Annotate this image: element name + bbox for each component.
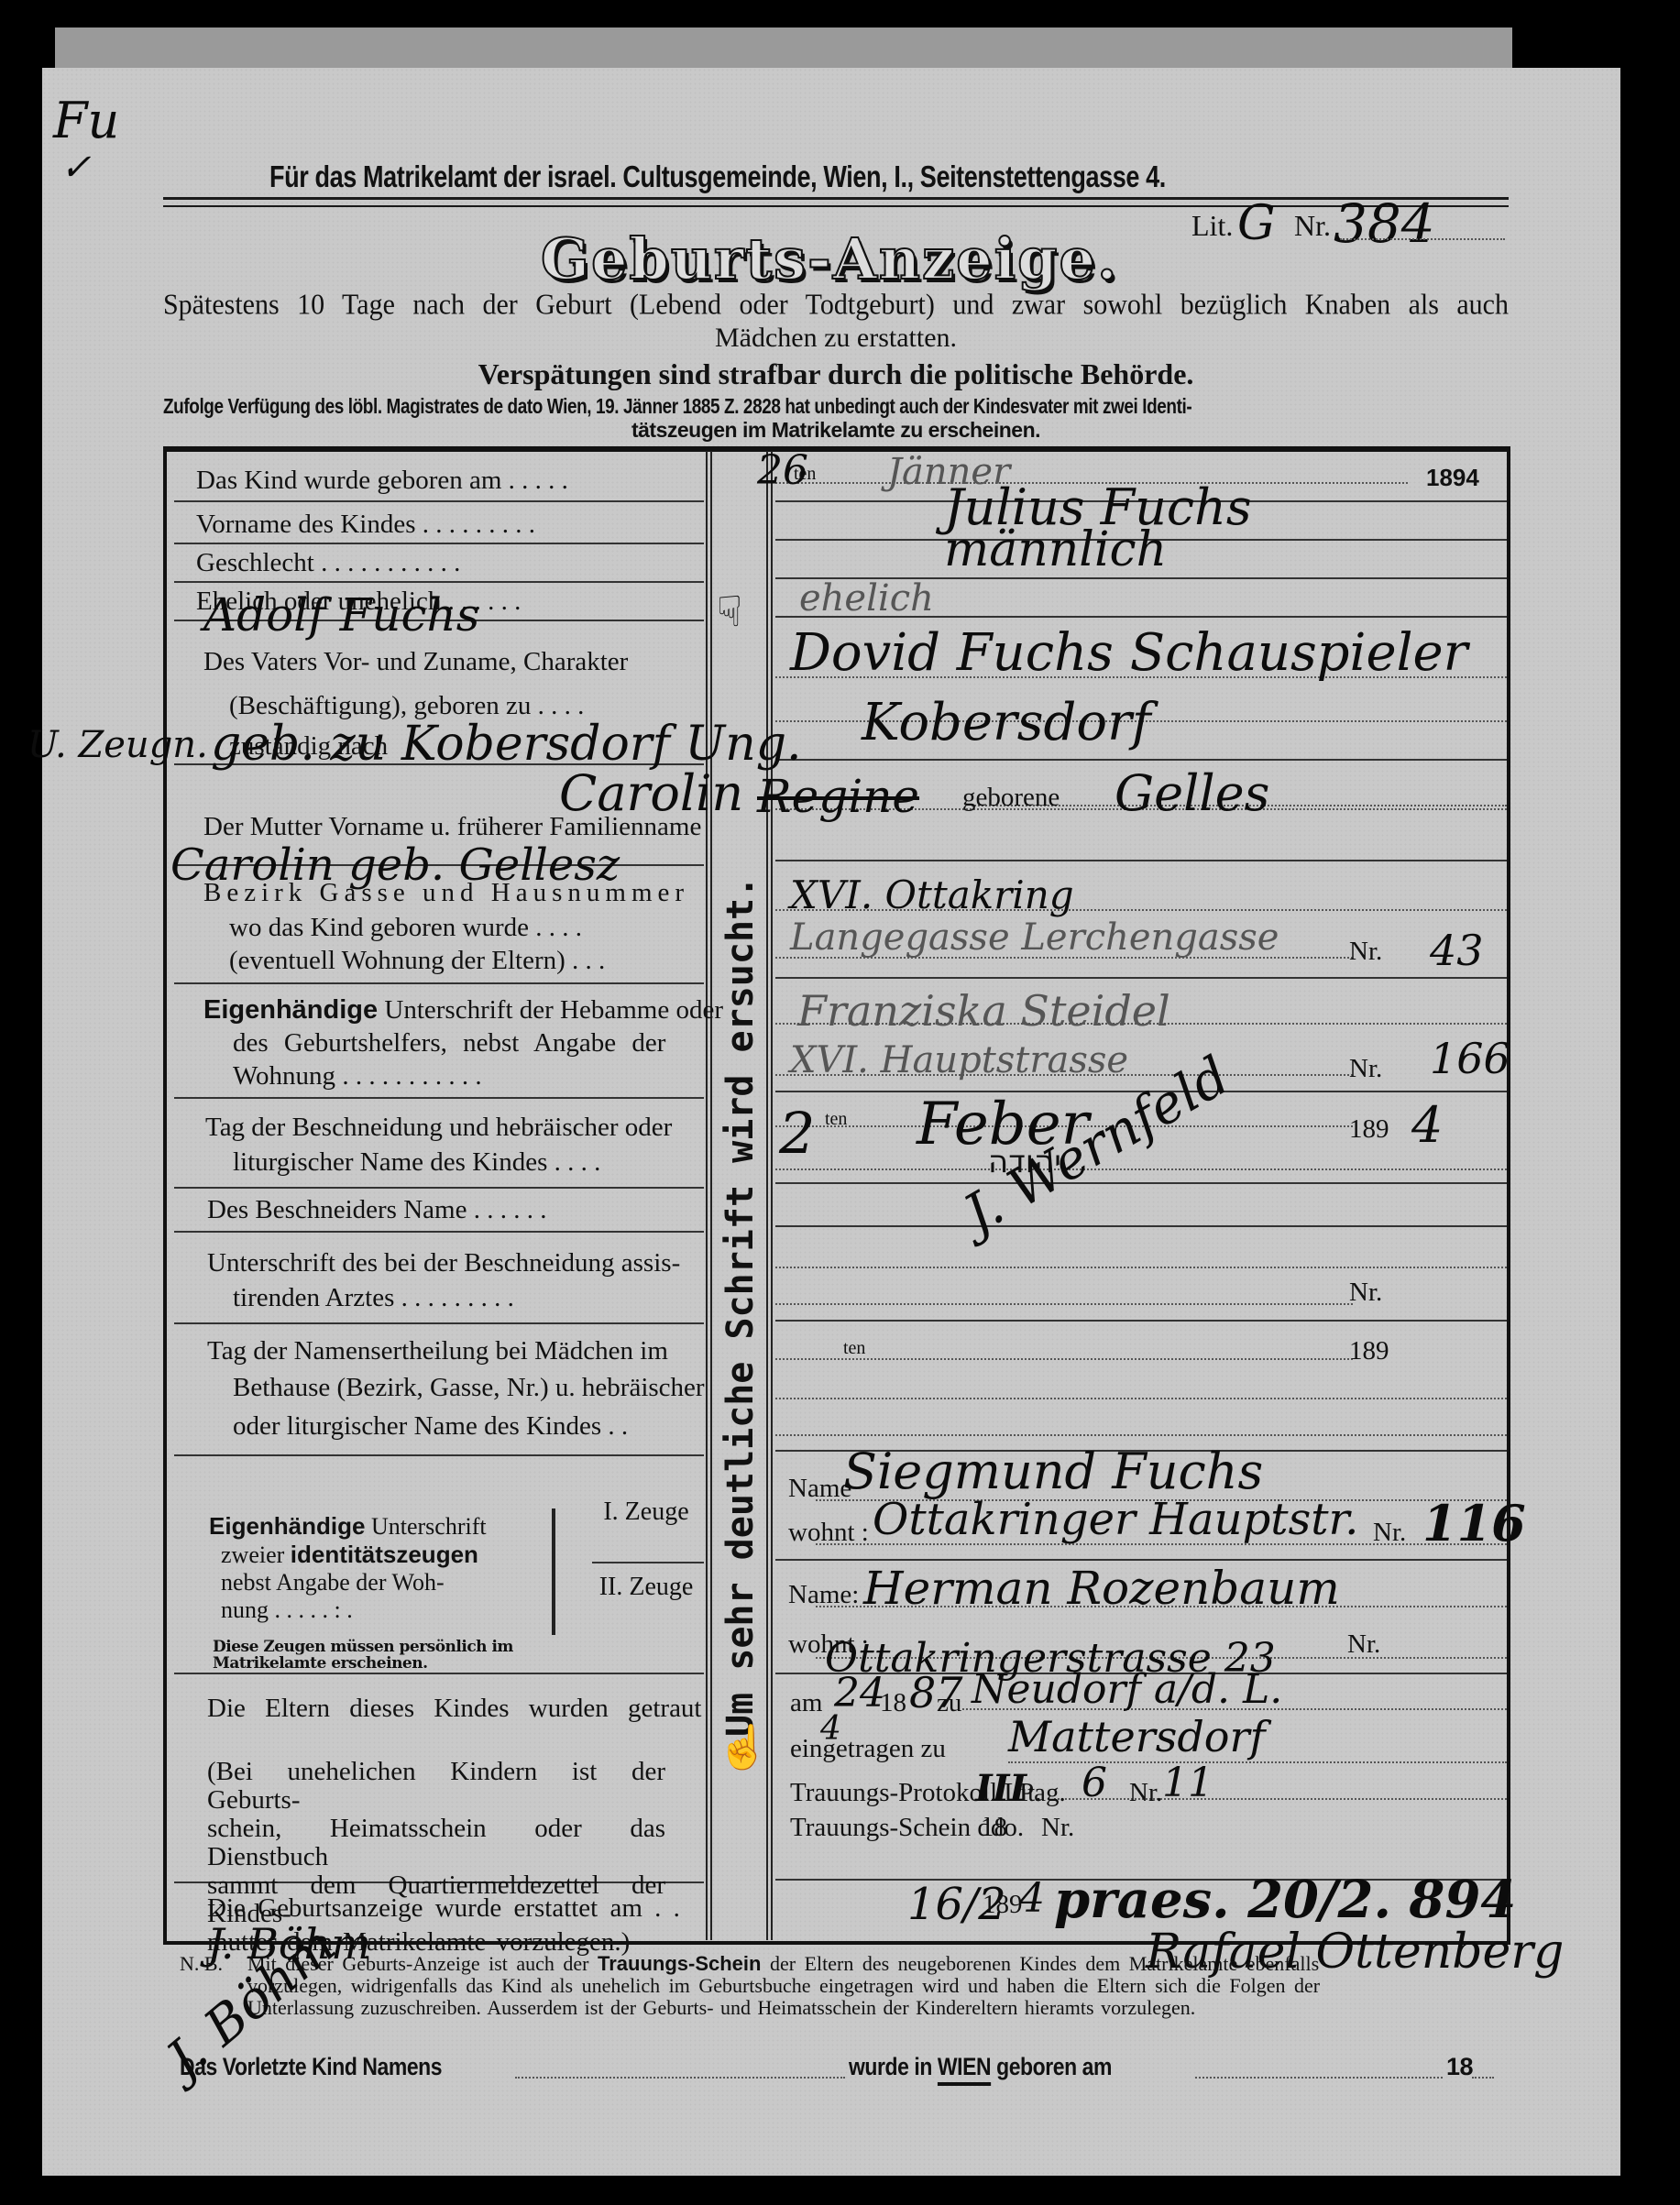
marriage-registered-label: eingetragen zu (790, 1732, 946, 1765)
nb-line3: Unterlassung zuzuschreiben. Ausserdem is… (247, 1996, 1195, 2020)
marriage-day: 24 (834, 1670, 885, 1717)
nb-line2: vorzulegen, widrigenfalls das Kind als u… (247, 1974, 1320, 1998)
midwife-nr-label: Nr. (1349, 1052, 1382, 1085)
paper-top-tab (55, 27, 1512, 70)
marriage-pag-label: Pag. (1019, 1776, 1066, 1809)
page-title: Geburts-Anzeige. (541, 225, 1119, 292)
circumciser-label: Des Beschneiders Name . . . . . . (207, 1193, 546, 1226)
father-origin-value: Kobersdorf (862, 693, 1151, 752)
report-date-year-printed: 189 (983, 1888, 1023, 1921)
witness2-nr-label: Nr. (1347, 1628, 1380, 1661)
column-divider-right-a (766, 451, 768, 1940)
midwife-label-line1: Eigenhändige Unterschrift der Hebamme od… (203, 993, 723, 1026)
midwife-nr-value: 166 (1430, 1034, 1510, 1083)
address-district: XVI. Ottakring (790, 872, 1074, 917)
girl-naming-label-line2: Bethause (Bezirk, Gasse, Nr.) u. hebräis… (233, 1371, 705, 1404)
previous-child-year-printed: 18 (1446, 2053, 1473, 2081)
girl-naming-label-line3: oder liturgischer Name des Kindes . . (233, 1410, 628, 1443)
praes-note: praes. 20/2. 894 (1054, 1870, 1516, 1930)
witness1-wohnt-label: wohnt : (788, 1516, 869, 1549)
witness1-label: I. Zeuge (596, 1497, 697, 1527)
father-name-value: Dovid Fuchs Schauspieler (790, 623, 1467, 683)
witness1-nr: 116 (1422, 1494, 1526, 1552)
address-nr-value: 43 (1430, 926, 1484, 975)
witness2-name: Herman Rozenbaum (863, 1562, 1340, 1615)
nb-label: N. B. (180, 1952, 223, 1976)
marriage-am-label: am (790, 1686, 822, 1719)
midwife-name: Franziska Steidel (797, 986, 1170, 1036)
pointing-hand-icon-bottom: ☝ (717, 1723, 769, 1772)
vertical-notice: Um sehr deutliche Schrift wird ersucht. (719, 876, 762, 1737)
first-name-label: Vorname des Kindes . . . . . . . . . (196, 508, 535, 541)
girl-naming-year-printed: 189 (1349, 1334, 1389, 1367)
mother-first-name-crossed: Regine (757, 770, 919, 823)
born-in-label: wurde in WIEN geboren am (849, 2053, 1112, 2081)
address-label-line2: wo das Kind geboren wurde . . . . (229, 911, 582, 944)
witness1-address: Ottakringer Hauptstr. (873, 1494, 1358, 1545)
decree-line1: Zufolge Verfügung des löbl. Magistrates … (163, 394, 1510, 419)
lit-label: Lit. (1191, 209, 1233, 243)
decree-line2: tätszeugen im Matrikelamte zu erscheinen… (163, 418, 1509, 443)
lit-value: G (1237, 196, 1276, 251)
marriage-label: Die Eltern dieses Kindes wurden getraut (207, 1692, 702, 1725)
circumcision-day-suffix: ten (825, 1109, 847, 1130)
birth-day-suffix: ten (794, 464, 816, 485)
header-rule-bottom (163, 205, 1509, 207)
witness2-name-label: Name: (788, 1578, 859, 1611)
girl-naming-day-suffix: ten (843, 1338, 865, 1359)
witness1-name-label: Name (788, 1472, 851, 1505)
instructions-line2: Mädchen zu erstatten. (163, 323, 1509, 354)
marriage-certificate-nr-label: Nr. (1041, 1811, 1074, 1844)
witness1-nr-label: Nr. (1373, 1516, 1406, 1549)
marriage-certificate-year: 18 (981, 1811, 1007, 1844)
marriage-nr-label: Nr. (1129, 1776, 1162, 1809)
circumcision-year-value: 4 (1411, 1096, 1443, 1154)
column-divider-right-b (771, 451, 773, 1940)
father-margin-left: U. Zeugn. (27, 724, 208, 766)
address-nr-label: Nr. (1349, 935, 1382, 968)
marriage-zu-label: zu (937, 1686, 961, 1719)
marriage-place: Neudorf a/d. L. (972, 1666, 1282, 1713)
sex-value: männlich (944, 522, 1167, 577)
nr-value: 384 (1334, 192, 1435, 255)
witness2-label: II. Zeuge (596, 1573, 697, 1602)
marriage-registered-place: Mattersdorf (1008, 1712, 1265, 1761)
nr-label: Nr. (1294, 209, 1331, 243)
column-divider-left-a (706, 451, 708, 1940)
mother-label: Der Mutter Vorname u. früherer Familienn… (203, 810, 701, 843)
father-birthplace-annotation: geb. zu Kobersdorf Ung. (211, 717, 802, 772)
mother-maiden-name: Gelles (1115, 764, 1269, 822)
marriage-year-printed: 18 (880, 1686, 906, 1719)
father-margin-annotation: Adolf Fuchs (203, 588, 479, 642)
girl-naming-label-line1: Tag der Namensertheilung bei Mädchen im (207, 1334, 668, 1367)
sex-label: Geschlecht . . . . . . . . . . . (196, 546, 460, 579)
instructions-line1: Spätestens 10 Tage nach der Geburt (Lebe… (163, 289, 1509, 322)
office-header: Für das Matrikelamt der israel. Cultusge… (269, 159, 1166, 194)
father-label-line1: Des Vaters Vor- und Zuname, Charakter (203, 645, 628, 678)
assisting-doctor-nr-label: Nr. (1349, 1276, 1382, 1309)
circumcision-day: 2 (779, 1100, 815, 1167)
witness1-name: Siegmund Fuchs (843, 1443, 1263, 1500)
witnesses-note: Diese Zeugen müssen persönlich im Matrik… (213, 1639, 616, 1672)
address-label-line1: Bezirk Gasse und Hausnummer (203, 876, 689, 909)
address-street: Langegasse Lerchengasse (790, 916, 1279, 959)
header-rule-top (163, 197, 1509, 200)
geborene-label: geborene (962, 781, 1060, 814)
column-divider-left-b (710, 451, 712, 1940)
address-label-line3: (eventuell Wohnung der Eltern) . . . (229, 944, 605, 977)
legitimacy-value: ehelich (799, 577, 934, 620)
midwife-label-line3: Wohnung . . . . . . . . . . . (233, 1059, 482, 1092)
witnesses-label: Eigenhändige Unterschrift zweier identit… (209, 1512, 521, 1624)
midwife-address: XVI. Hauptstrasse (790, 1039, 1128, 1081)
nb-line1: Mit dieser Geburts-Anzeige ist auch der … (247, 1952, 1319, 1976)
birth-date-label: Das Kind wurde geboren am . . . . . (196, 464, 568, 497)
marriage-pag-value: 6 (1082, 1760, 1107, 1806)
check-mark-icon: ✓ (60, 147, 92, 189)
assisting-doctor-label-line2: tirenden Arztes . . . . . . . . . (233, 1281, 514, 1314)
pointing-hand-icon: ☟ (717, 587, 742, 636)
birth-year-value: 1894 (1426, 464, 1479, 492)
marriage-nr-value: 11 (1162, 1760, 1213, 1806)
circumcision-label-line2: liturgischer Name des Kindes . . . . (233, 1146, 600, 1179)
report-date-year-value: 4 (1019, 1875, 1045, 1922)
margin-note-top: Fu (53, 92, 119, 149)
circumcision-label-line1: Tag der Beschneidung und hebräischer ode… (205, 1111, 672, 1144)
midwife-label-line2: des Geburtshelfers, nebst Angabe der (233, 1026, 665, 1059)
circumcision-year-printed: 189 (1349, 1113, 1389, 1146)
assisting-doctor-label-line1: Unterschrift des bei der Beschneidung as… (207, 1246, 680, 1279)
warning-text: Verspätungen sind strafbar durch die pol… (163, 357, 1509, 391)
witness-bracket (552, 1508, 555, 1635)
